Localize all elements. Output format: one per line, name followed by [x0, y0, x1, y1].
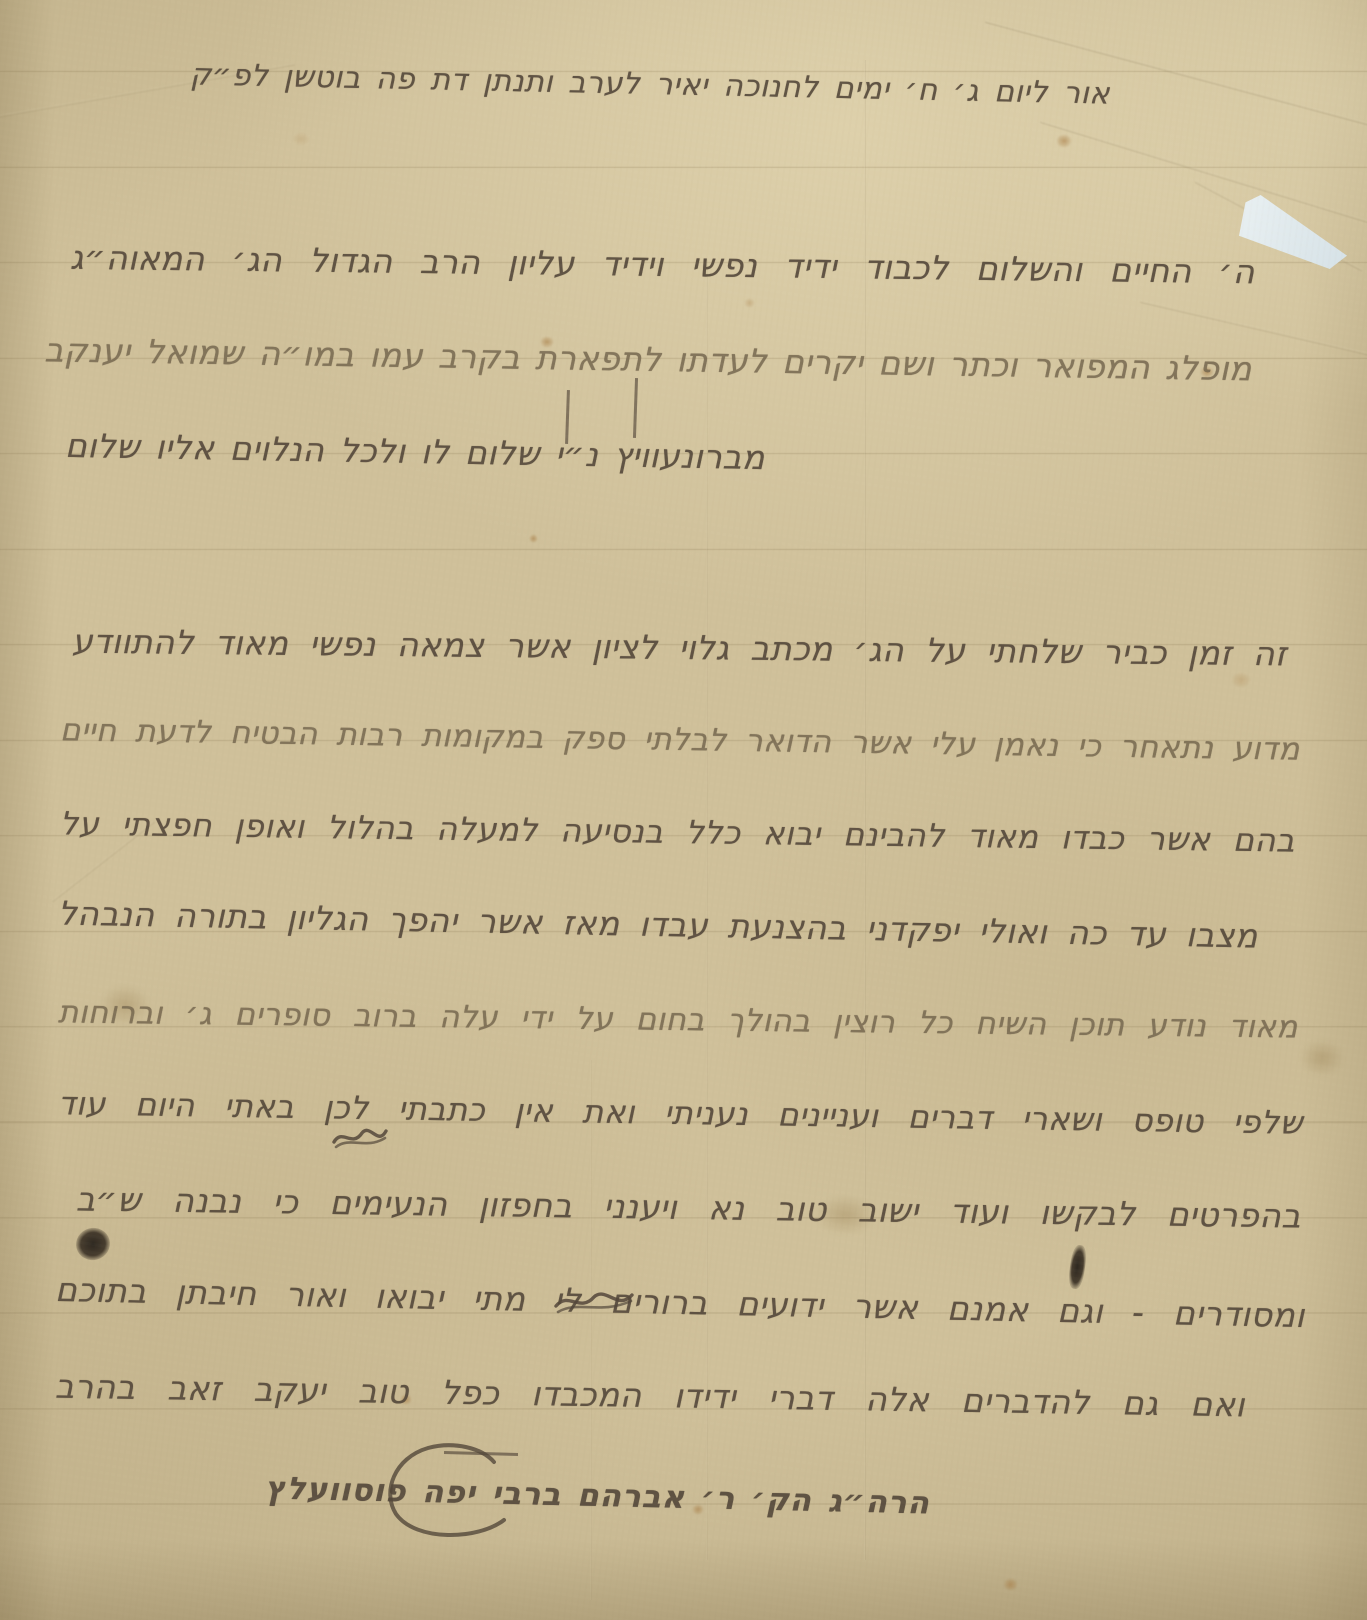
body-line-7: בהפרטים לבקשו ועוד ישוב טוב נא ויענני בח… [76, 1175, 1302, 1240]
letter-sheet: אור ליום ג׳ ח׳ ימים לחנוכה יאיר לערב ותנ… [0, 0, 1367, 1620]
body-line-3: בהם אשר כבדו מאוד להבינם יבוא כלל בנסיעה… [60, 799, 1296, 864]
body-line-5: מאוד נודע תוכן השיח כל רוצין בהולך בחום … [58, 988, 1298, 1051]
body-line-6: שלפי טופס ושארי דברים ועניינים נעניתי וא… [58, 1079, 1304, 1147]
body-line-4: מצבו עד כה ואולי יפקדני בהצנעת עבדו מאז … [58, 889, 1259, 960]
ink-blot [1067, 1244, 1088, 1290]
torn-patch [1239, 195, 1347, 269]
stain-spot [529, 534, 538, 543]
fold-crease [1040, 120, 1367, 228]
opening-line-3: מברונעוויץ נ״י שלום לו ולכל הנלוים אליו … [65, 422, 766, 482]
descender-stroke [633, 378, 638, 438]
body-line-9: ואם גם להדברים אלה דברי ידידו המכבדו כפל… [55, 1363, 1246, 1430]
date-line: אור ליום ג׳ ח׳ ימים לחנוכה יאיר לערב ותנ… [190, 51, 1111, 118]
opening-line-1: ה׳ החיים והשלום לכבוד ידיד נפשי וידיד על… [70, 234, 1255, 296]
stain-spot [1056, 134, 1072, 148]
signature-line: הרה״ג הק׳ ר׳ אברהם ברבי יפה פוסוועלץ [355, 1466, 931, 1527]
stain-smudge [1300, 1040, 1344, 1076]
stain-spot [292, 132, 310, 146]
ink-blot [72, 1224, 113, 1264]
stain-spot [744, 298, 755, 308]
opening-line-2: מופלג המפואר וכתר ושם יקרים לעדתו לתפארת… [62, 327, 1253, 394]
underline-mark [444, 1451, 518, 1456]
body-line-1: זה זמן כביר שלחתי על הג׳ מכתב גלוי לציון… [72, 618, 1287, 679]
body-line-2: מדוע נתאחר כי נאמן עלי אשר הדואר לבלתי ס… [60, 706, 1301, 773]
body-line-8: ומסודרים - וגם אמנם אשר ידועים ברורים לי… [55, 1266, 1306, 1340]
stain-spot [1003, 1578, 1018, 1591]
